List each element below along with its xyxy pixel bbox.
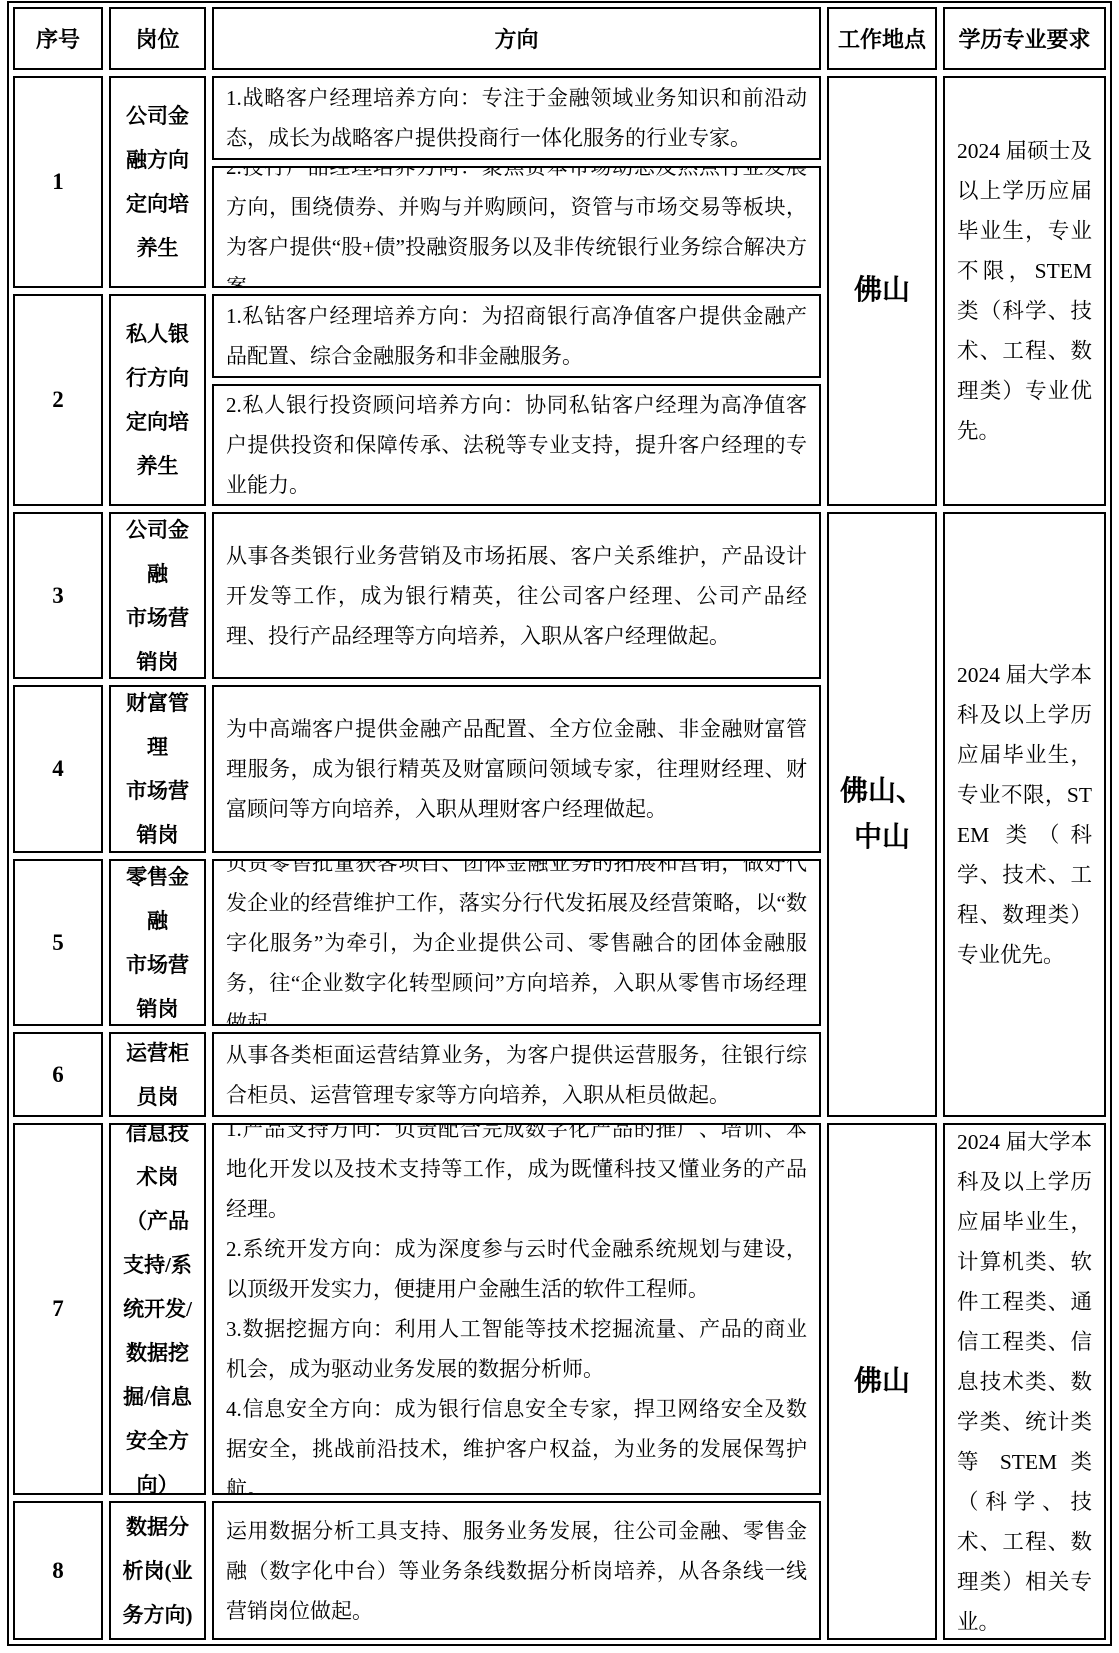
requirement-cell-rows-3-6: 2024 届大学本科及以上学历应届毕业生，专业不限，STEM 类（科学、技术、工… [943, 512, 1106, 1117]
row-1-direction-cell: 1.战略客户经理培养方向：专注于金融领域业务知识和前沿动态，成长为战略客户提供投… [212, 76, 821, 288]
direction-item: 2.投行产品经理培养方向：聚焦资本市场动态及热点行业发展方向，围绕债券、并购与并… [212, 166, 821, 288]
row-3-direction-cell: 从事各类银行业务营销及市场拓展、客户关系维护，产品设计开发等工作，成为银行精英，… [212, 512, 821, 679]
location-cell-rows-7-8: 佛山 [827, 1123, 937, 1640]
row-7-position-cell: 信息技术岗（产品支持/系统开发/数据挖掘/信息安全方向） [109, 1123, 206, 1495]
row-3-number-cell: 3 [13, 512, 103, 679]
row-1-position-cell: 公司金融方向定向培养生 [109, 76, 206, 288]
row-7-direction-cell: 1.产品支持方向：负责配合完成数字化产品的推广、培训、本地化开发以及技术支持等工… [212, 1123, 821, 1495]
requirement-cell-rows-7-8: 2024 届大学本科及以上学历应届毕业生，计算机类、软件工程类、通信工程类、信息… [943, 1123, 1106, 1640]
row-3-position-cell: 公司金融 市场营销岗 [109, 512, 206, 679]
row-8-position-cell: 数据分析岗(业务方向) [109, 1501, 206, 1640]
direction-item: 4.信息安全方向：成为银行信息安全专家，捍卫网络安全及数据安全，挑战前沿技术，维… [226, 1389, 807, 1495]
requirement-cell-rows-1-2: 2024 届硕士及以上学历应届毕业生，专业不限，STEM 类（科学、技术、工程、… [943, 76, 1106, 506]
positions-table: 序号 岗位 方向 工作地点 学历专业要求 1 公司金融方向定向培养生 1.战略客… [7, 1, 1112, 1646]
direction-item: 1.战略客户经理培养方向：专注于金融领域业务知识和前沿动态，成长为战略客户提供投… [212, 76, 821, 160]
direction-item: 3.数据挖掘方向：利用人工智能等技术挖掘流量、产品的商业机会，成为驱动业务发展的… [226, 1309, 807, 1389]
direction-item: 2.系统开发方向：成为深度参与云时代金融系统规划与建设，以顶级开发实力，便捷用户… [226, 1229, 807, 1309]
row-4-direction-cell: 为中高端客户提供金融产品配置、全方位金融、非金融财富管理服务，成为银行精英及财富… [212, 685, 821, 853]
header-cell-direction: 方向 [212, 7, 821, 70]
row-6-position-cell: 运营柜员岗 [109, 1032, 206, 1117]
direction-item: 1.私钻客户经理培养方向：为招商银行高净值客户提供金融产品配置、综合金融服务和非… [212, 294, 821, 378]
header-cell-requirement: 学历专业要求 [943, 7, 1106, 70]
row-2-direction-cell: 1.私钻客户经理培养方向：为招商银行高净值客户提供金融产品配置、综合金融服务和非… [212, 294, 821, 506]
row-8-direction-cell: 运用数据分析工具支持、服务业务发展，往公司金融、零售金融（数字化中台）等业务条线… [212, 1501, 821, 1640]
direction-item: 2.私人银行投资顾问培养方向：协同私钻客户经理为高净值客户提供投资和保障传承、法… [212, 384, 821, 506]
row-4-number-cell: 4 [13, 685, 103, 853]
row-8-number-cell: 8 [13, 1501, 103, 1640]
table-grid: 序号 岗位 方向 工作地点 学历专业要求 1 公司金融方向定向培养生 1.战略客… [13, 7, 1106, 1640]
header-cell-no: 序号 [13, 7, 103, 70]
row-4-position-cell: 财富管理 市场营销岗 [109, 685, 206, 853]
row-2-number-cell: 2 [13, 294, 103, 506]
header-cell-position: 岗位 [109, 7, 206, 70]
location-cell-rows-3-6: 佛山、中山 [827, 512, 937, 1117]
row-5-number-cell: 5 [13, 859, 103, 1026]
row-2-position-cell: 私人银行方向定向培养生 [109, 294, 206, 506]
row-5-direction-cell: 负责零售批量获客项目、团体金融业务的拓展和营销，做好代发企业的经营维护工作，落实… [212, 859, 821, 1026]
row-6-direction-cell: 从事各类柜面运营结算业务，为客户提供运营服务，往银行综合柜员、运营管理专家等方向… [212, 1032, 821, 1117]
location-cell-rows-1-2: 佛山 [827, 76, 937, 506]
row-6-number-cell: 6 [13, 1032, 103, 1117]
row-7-number-cell: 7 [13, 1123, 103, 1495]
header-cell-location: 工作地点 [827, 7, 937, 70]
row-5-position-cell: 零售金融 市场营销岗 [109, 859, 206, 1026]
row-1-number-cell: 1 [13, 76, 103, 288]
direction-item: 1.产品支持方向：负责配合完成数字化产品的推广、培训、本地化开发以及技术支持等工… [226, 1123, 807, 1229]
